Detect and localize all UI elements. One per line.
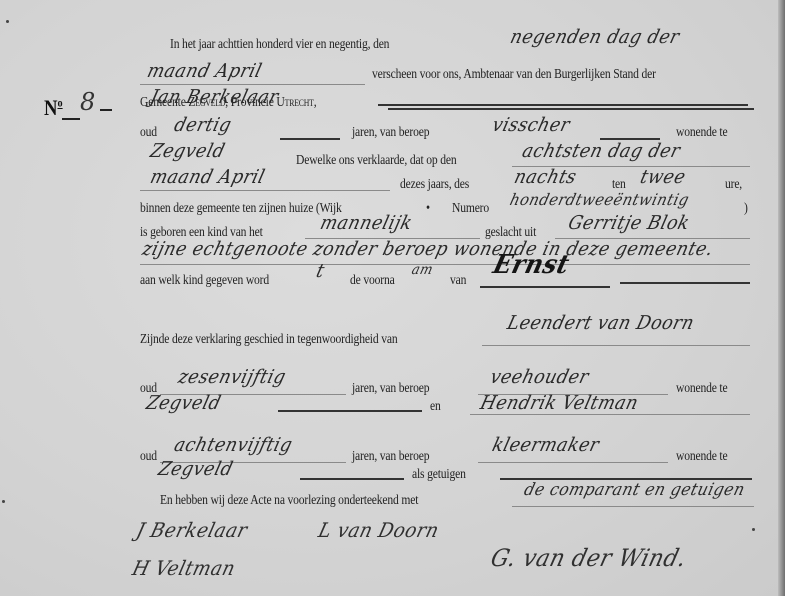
handwritten-child-sex: mannelijk: [318, 212, 415, 234]
printed-close-paren: ): [744, 200, 748, 216]
paper-speck: [6, 20, 9, 23]
handwritten-witness2-occupation: kleermaker: [490, 434, 602, 456]
printed-oud: oud: [140, 448, 157, 464]
handwritten-mother-name: Gerritje Blok: [566, 212, 692, 234]
handwritten-witness1-age: zesenvijftig: [176, 366, 288, 388]
record-number-underline: [62, 118, 80, 120]
handwritten-birth-month: maand April: [148, 166, 267, 188]
record-number-dash: [100, 109, 112, 111]
handwritten-declarant-name: Jan Berkelaar: [148, 86, 281, 108]
printed-voorna: de voorna: [350, 272, 395, 288]
fill-line: [280, 138, 340, 140]
handwritten-child-first-name: Ernst: [490, 250, 573, 280]
handwritten-mother-details: zijne echtgenoote zonder beroep wonende …: [140, 238, 716, 260]
handwritten-witness2-name: Hendrik Veltman: [478, 392, 641, 414]
printed-signed-after-reading: En hebben wij deze Acte na voorlezing on…: [160, 492, 418, 508]
printed-child-given: aan welk kind gegeven word: [140, 272, 269, 288]
paper-speck: [2, 500, 5, 503]
handwritten-am: am: [410, 262, 435, 278]
fill-line: [278, 410, 422, 412]
fill-line: [482, 345, 750, 346]
handwritten-birth-day: achtsten dag der: [520, 140, 683, 162]
signature-father: J Berkelaar: [134, 518, 250, 542]
signature-witness2: H Veltman: [130, 556, 238, 580]
handwritten-declarant-age: dertig: [172, 114, 234, 136]
printed-numero: Numero: [452, 200, 489, 216]
handwritten-day: negenden dag der: [508, 26, 682, 48]
handwritten-witness1-residence: Zegveld: [144, 392, 223, 414]
printed-wonende-te: wonende te: [676, 380, 727, 396]
handwritten-witness2-age: achtenvijftig: [172, 434, 295, 456]
handwritten-hour: twee: [638, 166, 688, 188]
record-number-prefix: N: [44, 95, 58, 120]
wijk-value: •: [426, 200, 430, 216]
printed-dezes-jaars: dezes jaars, des: [400, 176, 469, 192]
printed-intro-year: In het jaar achttien honderd vier en neg…: [170, 36, 389, 52]
printed-appeared-before: verscheen voor ons, Ambtenaar van den Bu…: [372, 66, 656, 82]
province-name: Utrecht: [276, 94, 313, 109]
printed-oud: oud: [140, 124, 157, 140]
signature-witness1: L van Doorn: [316, 518, 442, 542]
printed-wonende-te: wonende te: [676, 448, 727, 464]
printed-van: van: [450, 272, 466, 288]
handwritten-declarant-residence: Zegveld: [148, 140, 227, 162]
printed-jaren-beroep: jaren, van beroep: [352, 124, 429, 140]
printed-comma: ,: [314, 94, 317, 109]
fill-line: [388, 108, 754, 110]
scan-edge-shadow: [778, 0, 785, 596]
fill-line: [620, 282, 750, 284]
fill-line: [140, 264, 750, 265]
printed-wonende-te: wonende te: [676, 124, 727, 140]
record-number-label: No: [44, 95, 63, 121]
handwritten-month: maand April: [145, 60, 264, 82]
scanned-document-page: No 8 In het jaar achttien honderd vier e…: [0, 0, 778, 596]
record-number-sup: o: [58, 96, 63, 110]
printed-jaren-beroep: jaren, van beroep: [352, 448, 429, 464]
printed-as-witnesses: als getuigen: [412, 466, 466, 482]
handwritten-witness2-residence: Zegveld: [156, 458, 235, 480]
fill-line: [512, 506, 754, 507]
handwritten-witness1-name: Leendert van Doorn: [505, 312, 697, 334]
signature-registrar: G. van der Wind.: [488, 544, 690, 572]
printed-en: en: [430, 398, 441, 414]
handwritten-time-of-day: nachts: [512, 166, 579, 188]
printed-within-house: binnen deze gemeente ten zijnen huize (W…: [140, 200, 342, 216]
fill-line: [140, 84, 365, 85]
handwritten-house-number: honderdtweeëntwintig: [508, 190, 691, 209]
record-number-value: 8: [80, 88, 95, 116]
fill-line: [378, 104, 748, 106]
paper-speck: [752, 528, 755, 531]
handwritten-signed-by: de comparant en getuigen: [522, 480, 747, 500]
fill-line: [300, 478, 404, 480]
fill-line: [478, 462, 668, 463]
handwritten-declarant-occupation: visscher: [490, 114, 572, 136]
printed-declared: Dewelke ons verklaarde, dat op den: [296, 152, 456, 168]
fill-line: [140, 190, 390, 191]
printed-ure: ure,: [725, 176, 742, 192]
name-underline: [480, 286, 610, 288]
printed-jaren-beroep: jaren, van beroep: [352, 380, 429, 396]
printed-in-presence-of: Zijnde deze verklaring geschied in tegen…: [140, 331, 397, 347]
fill-line: [470, 414, 750, 415]
handwritten-witness1-occupation: veehouder: [488, 366, 591, 388]
